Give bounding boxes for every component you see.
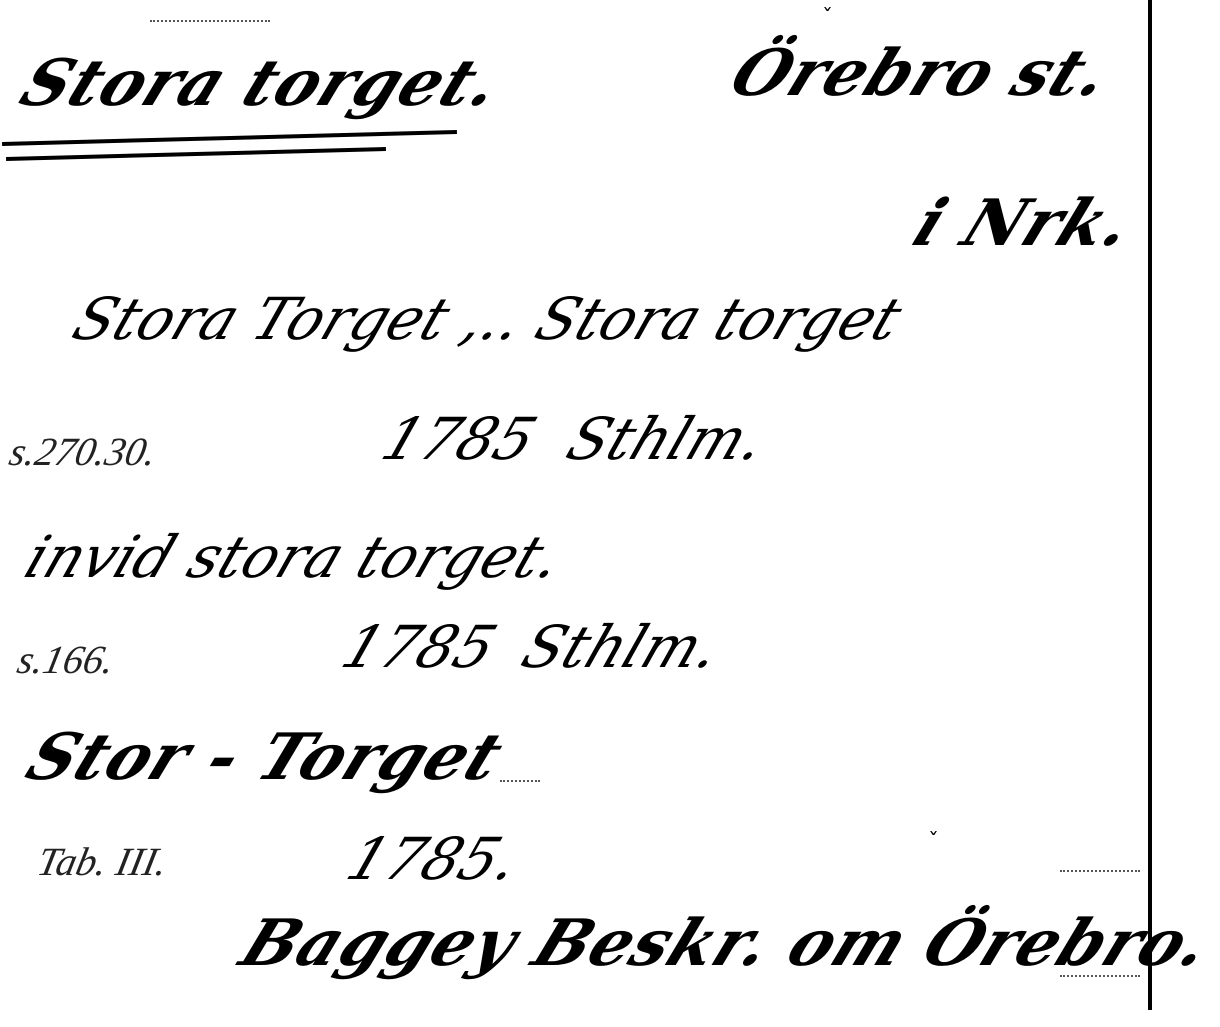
card-border-right xyxy=(1148,0,1152,1010)
caron-mark: ˇ xyxy=(822,6,833,31)
entry-1-text: Stora Torget ,.. Stora torget xyxy=(66,290,909,348)
location-label: Örebro st. xyxy=(722,42,1119,106)
entry-6-year: 1785. xyxy=(340,830,527,888)
scan-noise xyxy=(1060,975,1140,978)
scan-noise xyxy=(150,20,270,23)
card-heading: Stora torget. xyxy=(12,52,510,116)
entry-3-text: invid stora torget. xyxy=(18,528,570,586)
heading-double-underline xyxy=(6,147,386,161)
province-label: i Nrk. xyxy=(905,192,1142,256)
scan-noise xyxy=(1060,870,1140,873)
caron-mark: ˇ xyxy=(928,830,939,855)
entry-2-source: Sthlm. xyxy=(560,410,774,468)
entry-2-ref: s.270.30. xyxy=(6,432,160,472)
archive-card: Stora torget. ˇ Örebro st. i Nrk. Stora … xyxy=(0,0,1220,1027)
scan-noise xyxy=(500,780,540,783)
entry-4-ref: s.166. xyxy=(14,640,118,680)
entry-2-year: 1785 xyxy=(375,410,544,468)
entry-4-year: 1785 xyxy=(335,618,504,676)
entry-6-ref: Tab. III. xyxy=(34,842,171,882)
entry-5-text: Stor - Torget xyxy=(18,726,512,790)
entry-7-text: Baggey Beskr. om Örebro. xyxy=(232,912,1220,976)
heading-underline xyxy=(2,130,457,146)
entry-4-source: Sthlm. xyxy=(515,618,729,676)
